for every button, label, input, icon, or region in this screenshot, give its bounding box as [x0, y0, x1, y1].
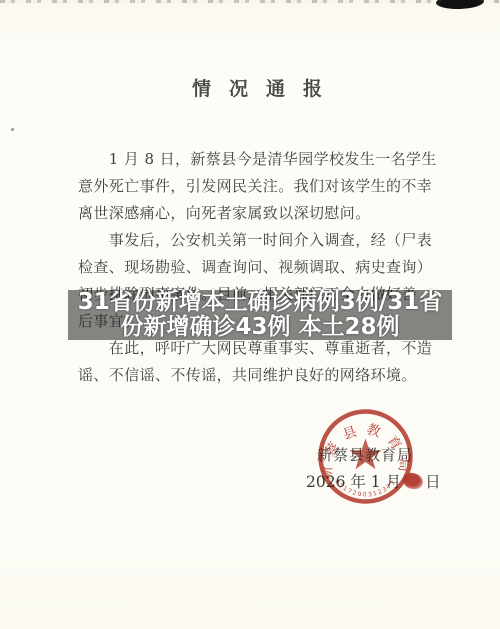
doc-line: 检查、现场勘验、调查询问、视频调取、病史查询）: [78, 254, 438, 281]
issue-date-suffix: 日: [425, 470, 441, 492]
document-body: 1 月 8 日，新蔡县今是清华园学校发生一名学生 意外死亡事件，引发网民关注。我…: [78, 146, 438, 389]
obscured-day-ink-blot: [402, 472, 424, 491]
document-photo: 情况通报 1 月 8 日，新蔡县今是清华园学校发生一名学生 意外死亡事件，引发网…: [0, 0, 500, 629]
page-title: 情况通报: [0, 74, 500, 101]
doc-line: 离世深感痛心，向死者家属致以深切慰问。: [78, 200, 438, 227]
doc-line: 事发后，公安机关第一时间介入调查，经（尸表: [78, 227, 438, 254]
page-top-edge: [0, 0, 500, 3]
news-caption-overlay: 31省份新增本土确诊病例3例/31省 份新增确诊43例 本土28例: [68, 290, 452, 340]
doc-line: 意外死亡事件，引发网民关注。我们对该学生的不幸: [78, 173, 438, 200]
headline-text-line2: 份新增确诊43例 本土28例: [120, 315, 399, 340]
doc-line: 1 月 8 日，新蔡县今是清华园学校发生一名学生: [78, 146, 438, 173]
corner-ink-smudge: [436, 0, 484, 10]
issue-date: 2026 年 1 月 日: [306, 470, 441, 492]
issue-date-prefix: 2026 年 1 月: [306, 470, 401, 492]
issuer-signature: 新蔡县教育局: [317, 444, 413, 465]
doc-line: 谣、不信谣、不传谣，共同维护良好的网络环境。: [78, 362, 438, 389]
headline-text-line1: 31省份新增本土确诊病例3例/31省: [78, 290, 442, 315]
paper-speck: [11, 128, 14, 131]
